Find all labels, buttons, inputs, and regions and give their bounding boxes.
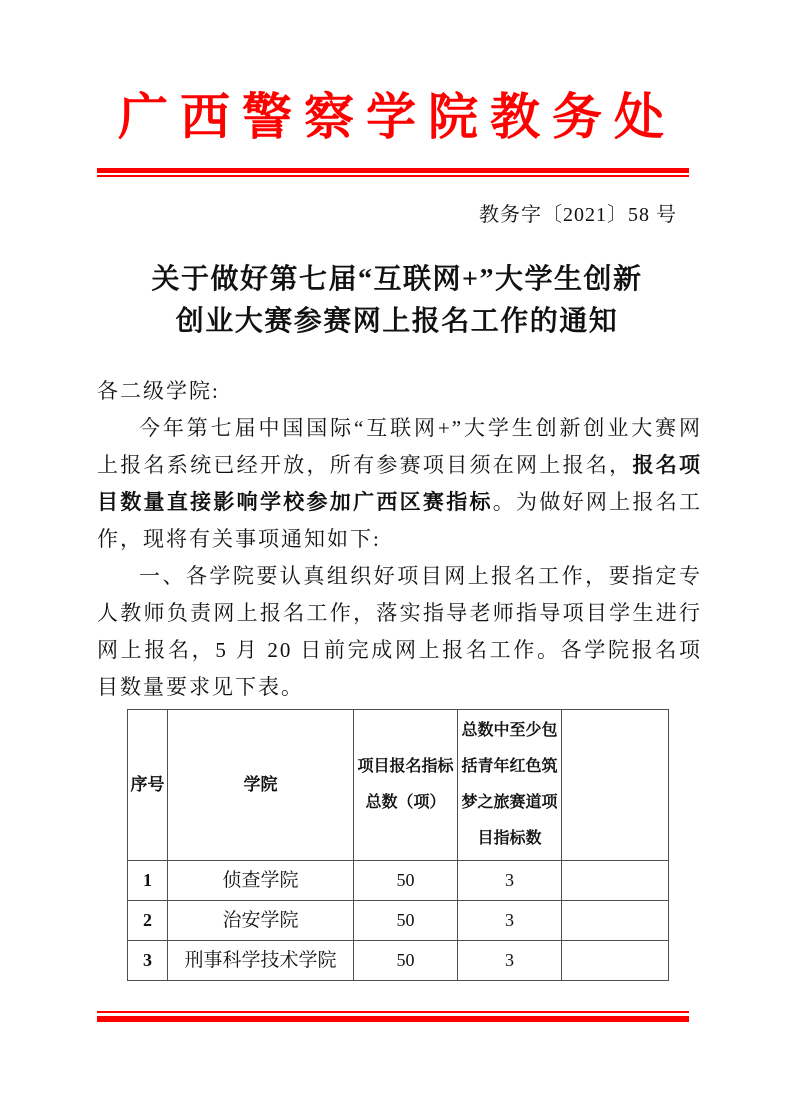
table-cell (562, 941, 669, 981)
quota-table-wrap: 序号学院项目报名指标总数（项）总数中至少包括青年红色筑梦之旅赛道项目指标数 1侦… (127, 709, 669, 981)
letterhead-rule (97, 168, 689, 177)
body-paragraph: 各二级学院: (97, 373, 702, 410)
notice-title-line2: 创业大赛参赛网上报名工作的通知 (0, 301, 794, 343)
table-cell (562, 861, 669, 901)
rule-thick-bar (97, 1016, 689, 1022)
body-paragraph: 一、各学院要认真组织好项目网上报名工作，要指定专人教师负责网上报名工作，落实指导… (97, 558, 702, 706)
footer-rule (97, 1011, 689, 1022)
table-row: 3刑事科学技术学院503 (128, 941, 669, 981)
table-cell: 3 (458, 901, 562, 941)
table-cell: 50 (354, 861, 458, 901)
document-page: 广西警察学院教务处 教务字〔2021〕58 号 关于做好第七届“互联网+”大学生… (0, 0, 794, 1108)
notice-title: 关于做好第七届“互联网+”大学生创新 创业大赛参赛网上报名工作的通知 (0, 259, 794, 343)
document-number: 教务字〔2021〕58 号 (0, 203, 794, 227)
table-cell: 侦查学院 (168, 861, 354, 901)
letterhead-title: 广西警察学院教务处 (0, 0, 794, 150)
table-cell: 1 (128, 861, 168, 901)
document-body: 各二级学院:今年第七届中国国际“互联网+”大学生创新创业大赛网上报名系统已经开放… (97, 373, 702, 706)
table-cell: 2 (128, 901, 168, 941)
body-text: 今年第七届中国国际“互联网+”大学生创新创业大赛网上报名系统已经开放，所有参赛项… (97, 416, 702, 477)
table-header-row: 序号学院项目报名指标总数（项）总数中至少包括青年红色筑梦之旅赛道项目指标数 (128, 710, 669, 861)
table-cell: 3 (128, 941, 168, 981)
table-cell: 治安学院 (168, 901, 354, 941)
table-header-cell (562, 710, 669, 861)
table-row: 2治安学院503 (128, 901, 669, 941)
table-cell: 3 (458, 941, 562, 981)
table-cell: 50 (354, 941, 458, 981)
rule-thin-bar (97, 175, 689, 177)
body-text: 各二级学院: (97, 379, 220, 403)
table-cell: 3 (458, 861, 562, 901)
body-text: 一、各学院要认真组织好项目网上报名工作，要指定专人教师负责网上报名工作，落实指导… (97, 564, 702, 699)
quota-table: 序号学院项目报名指标总数（项）总数中至少包括青年红色筑梦之旅赛道项目指标数 1侦… (127, 709, 669, 981)
table-header-cell: 总数中至少包括青年红色筑梦之旅赛道项目指标数 (458, 710, 562, 861)
table-cell: 50 (354, 901, 458, 941)
table-header-cell: 序号 (128, 710, 168, 861)
table-header-cell: 项目报名指标总数（项） (354, 710, 458, 861)
notice-title-line1: 关于做好第七届“互联网+”大学生创新 (0, 259, 794, 301)
table-cell (562, 901, 669, 941)
body-paragraph: 今年第七届中国国际“互联网+”大学生创新创业大赛网上报名系统已经开放，所有参赛项… (97, 410, 702, 558)
table-row: 1侦查学院503 (128, 861, 669, 901)
table-cell: 刑事科学技术学院 (168, 941, 354, 981)
table-header-cell: 学院 (168, 710, 354, 861)
